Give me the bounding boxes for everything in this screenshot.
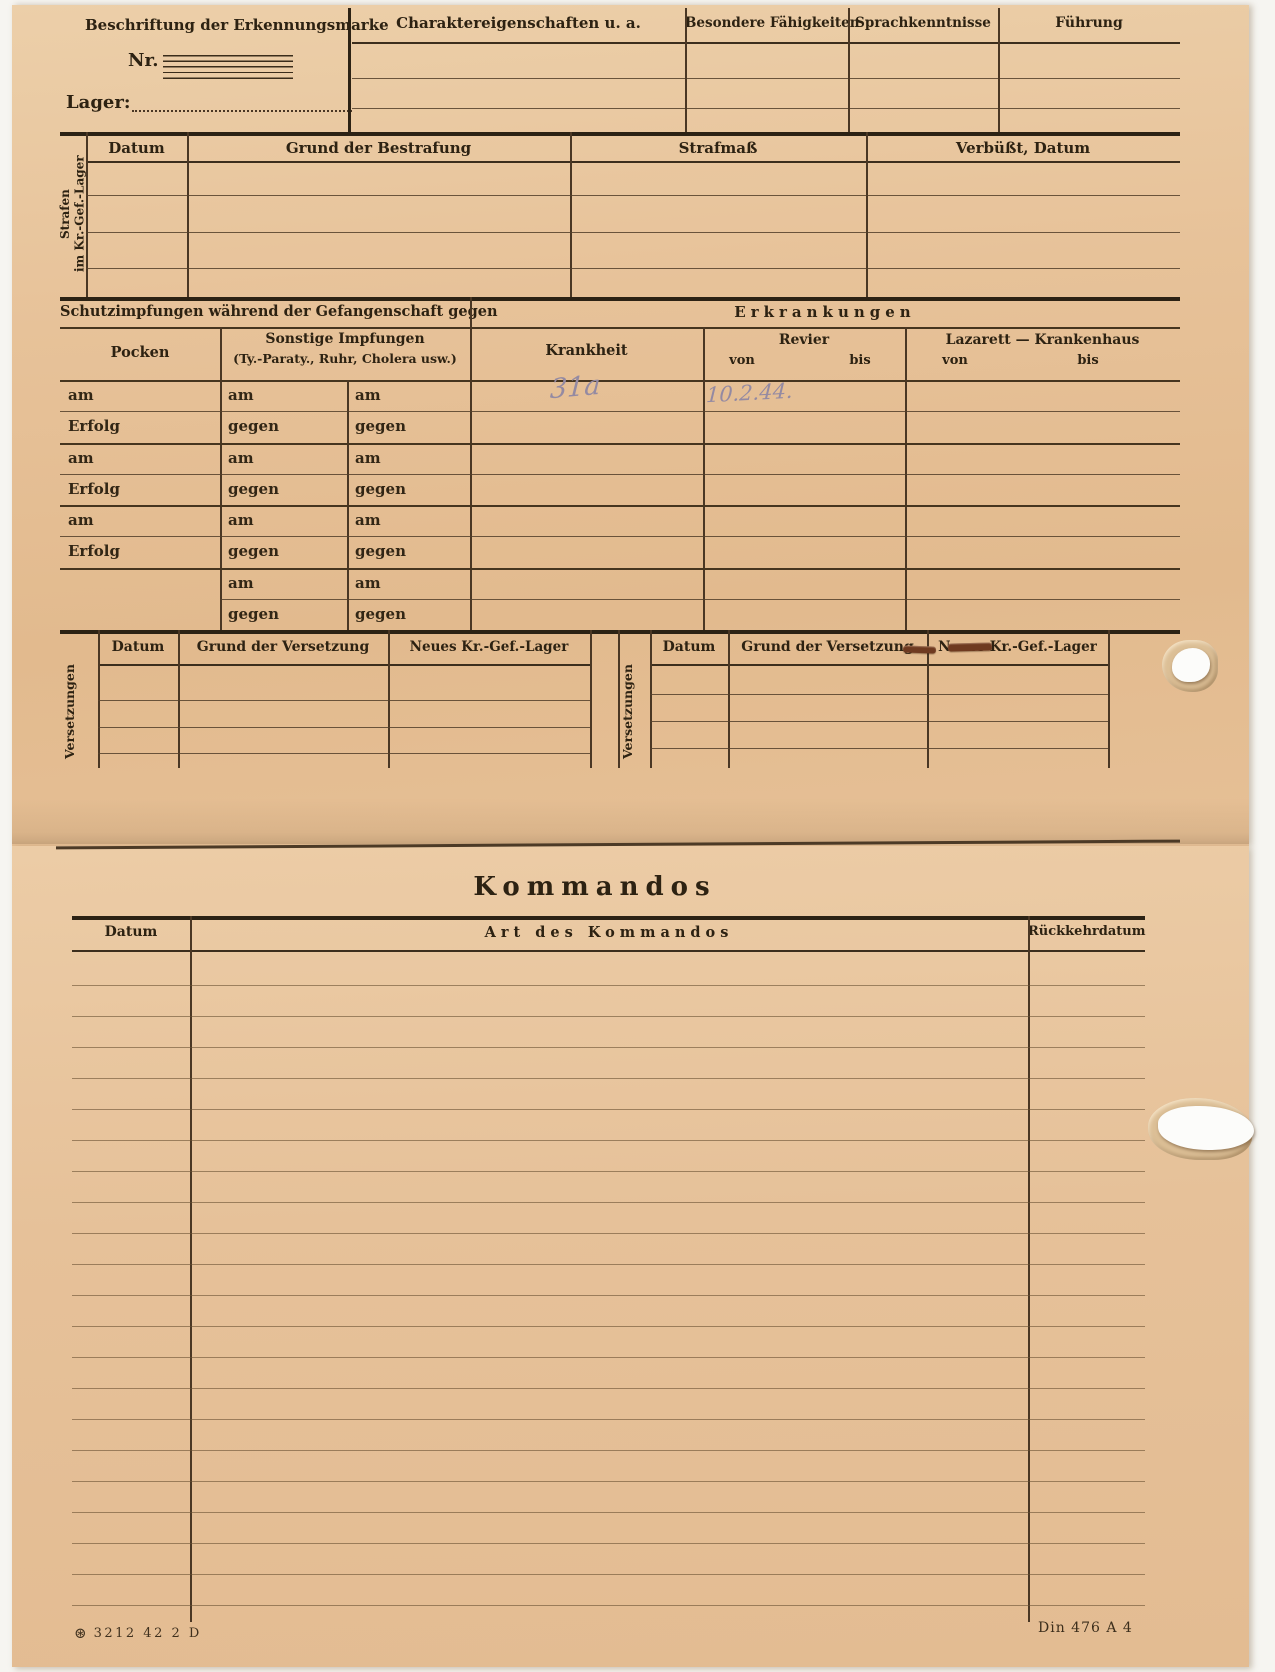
kommandos-row-line bbox=[72, 1016, 1145, 1017]
kommandos-row-line bbox=[72, 1233, 1145, 1234]
kommandos-row-line bbox=[72, 1574, 1145, 1575]
lazarett-bis-label: bis bbox=[1058, 353, 1118, 368]
erkennungsmarke-label: Beschriftung der Erkennungsmarke bbox=[85, 16, 355, 34]
top-col-line bbox=[685, 8, 687, 132]
punch-hole bbox=[1172, 648, 1210, 682]
versetzungen-left-grund-header: Grund der Versetzung bbox=[178, 639, 388, 655]
strafen-row-line bbox=[86, 232, 1180, 233]
kommandos-row-line bbox=[72, 1605, 1145, 1606]
versetzungen-left-col-line bbox=[178, 630, 180, 768]
col-fuehrung-label: Führung bbox=[998, 15, 1180, 31]
lager-label: Lager: bbox=[66, 92, 131, 113]
handwritten-krankheit-entry: 31a bbox=[549, 370, 601, 406]
strafen-header-underline bbox=[86, 161, 1180, 163]
kommandos-row-line bbox=[72, 1419, 1145, 1420]
impfungen-row-line bbox=[60, 536, 1180, 537]
print-code-text: 3212 42 2 D bbox=[94, 1626, 202, 1641]
top-col-line bbox=[848, 8, 850, 132]
impfungen-sonstige2-row-label: am bbox=[355, 574, 381, 592]
impfungen-row-line bbox=[60, 474, 1180, 475]
impfungen-sonstige2-row-label: gegen bbox=[355, 480, 406, 498]
kommandos-row-line bbox=[72, 1140, 1145, 1141]
strafen-row-line bbox=[86, 195, 1180, 196]
versetzungen-right-row-line bbox=[650, 694, 1108, 695]
impfungen-pocken-row-label: Erfolg bbox=[68, 480, 120, 498]
kommandos-rueckkehr-header: Rückkehrdatum bbox=[1028, 924, 1145, 939]
impfungen-pocken-row-label: Erfolg bbox=[68, 542, 120, 560]
impfungen-sonstige2-row-label: am bbox=[355, 511, 381, 529]
kommandos-row-line bbox=[72, 985, 1145, 986]
versetzungen-side-label-text: Versetzungen bbox=[62, 662, 77, 762]
versetzungen-left-right-edge bbox=[590, 630, 592, 768]
pocken-sonstige-divider bbox=[220, 327, 222, 630]
versetzungen-right-datum-header: Datum bbox=[650, 639, 728, 655]
lazarett-von-label: von bbox=[925, 353, 985, 368]
strafen-verbuesst-header: Verbüßt, Datum bbox=[866, 139, 1180, 157]
strafen-strafmass-header: Strafmaß bbox=[570, 139, 866, 157]
fold-shadow bbox=[12, 798, 1249, 844]
strafen-side-label-line2: im Kr.-Gef.-Lager bbox=[72, 138, 86, 290]
erkrankungen-title: Erkrankungen bbox=[470, 303, 1180, 321]
kommandos-row-line bbox=[72, 1481, 1145, 1482]
impfungen-sonstige-row-label: am bbox=[228, 511, 254, 529]
col-sprachen-label: Sprachkenntnisse bbox=[848, 15, 998, 31]
impfungen-top-border bbox=[60, 297, 1180, 301]
impfungen-sonstige-row-label: gegen bbox=[228, 480, 279, 498]
versetzungen-right-header-underline bbox=[650, 664, 1108, 666]
kommandos-row-line bbox=[72, 1388, 1145, 1389]
printer-mark-icon: ⊛ bbox=[74, 1626, 87, 1641]
versetzungen-left-row-line bbox=[98, 727, 590, 728]
kommandos-row-line bbox=[72, 1078, 1145, 1079]
pow-record-card-page: Beschriftung der Erkennungsmarke Nr. Lag… bbox=[0, 0, 1275, 1672]
versetzungen-left-header-underline bbox=[98, 664, 590, 666]
kommandos-row-line bbox=[72, 1202, 1145, 1203]
impfungen-pocken-row-label: am bbox=[68, 449, 94, 467]
kommandos-art-header: Art des Kommandos bbox=[190, 924, 1028, 941]
revier-von-label: von bbox=[712, 353, 772, 368]
versetzungen-left-lager-header: Neues Kr.-Gef.-Lager bbox=[388, 639, 590, 655]
impfungen-sonstige2-row-label: gegen bbox=[355, 542, 406, 560]
impfungen-pocken-row-label: am bbox=[68, 511, 94, 529]
strafen-col-line bbox=[86, 132, 88, 297]
krankheit-revier-divider bbox=[703, 327, 705, 630]
kommandos-col-line bbox=[1028, 916, 1030, 1622]
sonstige-header-line1: Sonstige Impfungen bbox=[220, 331, 470, 347]
impfungen-pocken-row-label: Erfolg bbox=[68, 417, 120, 435]
impfungen-sonstige-row-label: am bbox=[228, 386, 254, 404]
strafen-grund-header: Grund der Bestrafung bbox=[187, 139, 570, 157]
top-row-line bbox=[352, 108, 1180, 109]
versetzungen-left-datum-header: Datum bbox=[98, 639, 178, 655]
impfungen-row-line bbox=[60, 443, 1180, 445]
impfungen-row-line bbox=[60, 411, 1180, 412]
versetzungen-left-col-line bbox=[98, 630, 100, 768]
revier-bis-label: bis bbox=[830, 353, 890, 368]
top-header-underline bbox=[352, 42, 1180, 44]
impfungen-sonstige2-row-label: am bbox=[355, 386, 381, 404]
kommandos-header-underline bbox=[72, 950, 1145, 952]
versetzungen-right-edge bbox=[1108, 630, 1110, 768]
kommandos-row-line bbox=[72, 1171, 1145, 1172]
nr-ruled-lines bbox=[163, 55, 293, 79]
kommandos-title: Kommandos bbox=[395, 872, 795, 902]
kommandos-col-line bbox=[190, 916, 192, 1622]
kommandos-row-line bbox=[72, 1264, 1145, 1265]
impfungen-sonstige2-row-label: gegen bbox=[355, 417, 406, 435]
impfungen-sonstige2-row-label: gegen bbox=[355, 605, 406, 623]
kommandos-row-line bbox=[72, 1512, 1145, 1513]
strafen-side-label: Strafen im Kr.-Gef.-Lager bbox=[58, 138, 86, 290]
staple-rust-mark bbox=[948, 642, 992, 651]
col-faehigkeiten-label: Besondere Fähigkeiten bbox=[685, 15, 848, 31]
krankheit-header: Krankheit bbox=[470, 342, 703, 359]
impfungen-sonstige-row-label: gegen bbox=[228, 605, 279, 623]
impfungen-subheader-topline bbox=[60, 327, 1180, 329]
top-col-line bbox=[998, 8, 1000, 132]
impfungen-sonstige-row-label: am bbox=[228, 574, 254, 592]
strafen-datum-header: Datum bbox=[86, 139, 187, 157]
impfungen-pocken-row-label: am bbox=[68, 386, 94, 404]
kommandos-row-line bbox=[72, 1543, 1145, 1544]
kommandos-row-line bbox=[72, 1326, 1145, 1327]
col-charakter-label: Charaktereigenschaften u. a. bbox=[352, 14, 685, 32]
versetzungen-right-row-line bbox=[650, 748, 1108, 749]
impfungen-sonstige-row-label: am bbox=[228, 449, 254, 467]
versetzungen-right-grund-header: Grund der Versetzung bbox=[728, 639, 927, 655]
sonstige-header-line2: (Ty.-Paraty., Ruhr, Cholera usw.) bbox=[220, 351, 470, 366]
revier-header: Revier bbox=[703, 332, 905, 348]
kommandos-row-line bbox=[72, 1357, 1145, 1358]
strafen-top-border bbox=[60, 132, 1180, 136]
kommandos-datum-header: Datum bbox=[72, 924, 190, 940]
strafen-col-line bbox=[866, 132, 868, 297]
strafen-col-line bbox=[187, 132, 189, 297]
kommandos-row-line bbox=[72, 1450, 1145, 1451]
versetzungen-left-side-label: Versetzungen bbox=[62, 662, 88, 762]
nr-label: Nr. bbox=[128, 50, 159, 71]
kommandos-row-line bbox=[72, 1047, 1145, 1048]
staple-rust-mark bbox=[903, 645, 936, 653]
strafen-col-line bbox=[570, 132, 572, 297]
top-divider bbox=[348, 8, 351, 132]
impfungen-header-underline bbox=[60, 380, 1180, 382]
strafen-side-label-line1: Strafen bbox=[58, 138, 72, 290]
impfungen-row-line bbox=[220, 599, 1180, 600]
kommandos-top-border bbox=[72, 916, 1145, 920]
impfungen-sonstige-row-label: gegen bbox=[228, 542, 279, 560]
versetzungen-right-row-line bbox=[650, 721, 1108, 722]
handwritten-revier-von-entry: 10.2.44. bbox=[705, 379, 793, 408]
impfungen-row-line bbox=[60, 568, 1180, 570]
lager-fill-line bbox=[132, 92, 352, 112]
lazarett-header: Lazarett — Krankenhaus bbox=[905, 332, 1180, 348]
versetzungen-left-row-line bbox=[98, 700, 590, 701]
impfungen-sonstige2-row-label: am bbox=[355, 449, 381, 467]
revier-lazarett-divider bbox=[905, 327, 907, 630]
impfungen-title: Schutzimpfungen während der Gefangenscha… bbox=[60, 303, 470, 320]
print-code-footer: ⊛ 3212 42 2 D bbox=[74, 1626, 202, 1641]
versetzungen-left-col-line bbox=[388, 630, 390, 768]
kommandos-row-line bbox=[72, 1109, 1145, 1110]
versetzungen-side-label-text: Versetzungen bbox=[620, 662, 635, 762]
impfungen-erkrankungen-divider bbox=[470, 297, 472, 630]
impfungen-sonstige-row-label: gegen bbox=[228, 417, 279, 435]
versetzungen-left-row-line bbox=[98, 753, 590, 754]
kommandos-row-line bbox=[72, 1295, 1145, 1296]
impfungen-row-line bbox=[60, 505, 1180, 507]
strafen-row-line bbox=[86, 268, 1180, 269]
versetzungen-right-side-label: Versetzungen bbox=[620, 662, 646, 762]
versetzungen-top-border bbox=[60, 630, 1180, 634]
din-format-footer: Din 476 A 4 bbox=[1038, 1620, 1133, 1636]
top-row-line bbox=[352, 78, 1180, 79]
pocken-header: Pocken bbox=[60, 344, 220, 361]
